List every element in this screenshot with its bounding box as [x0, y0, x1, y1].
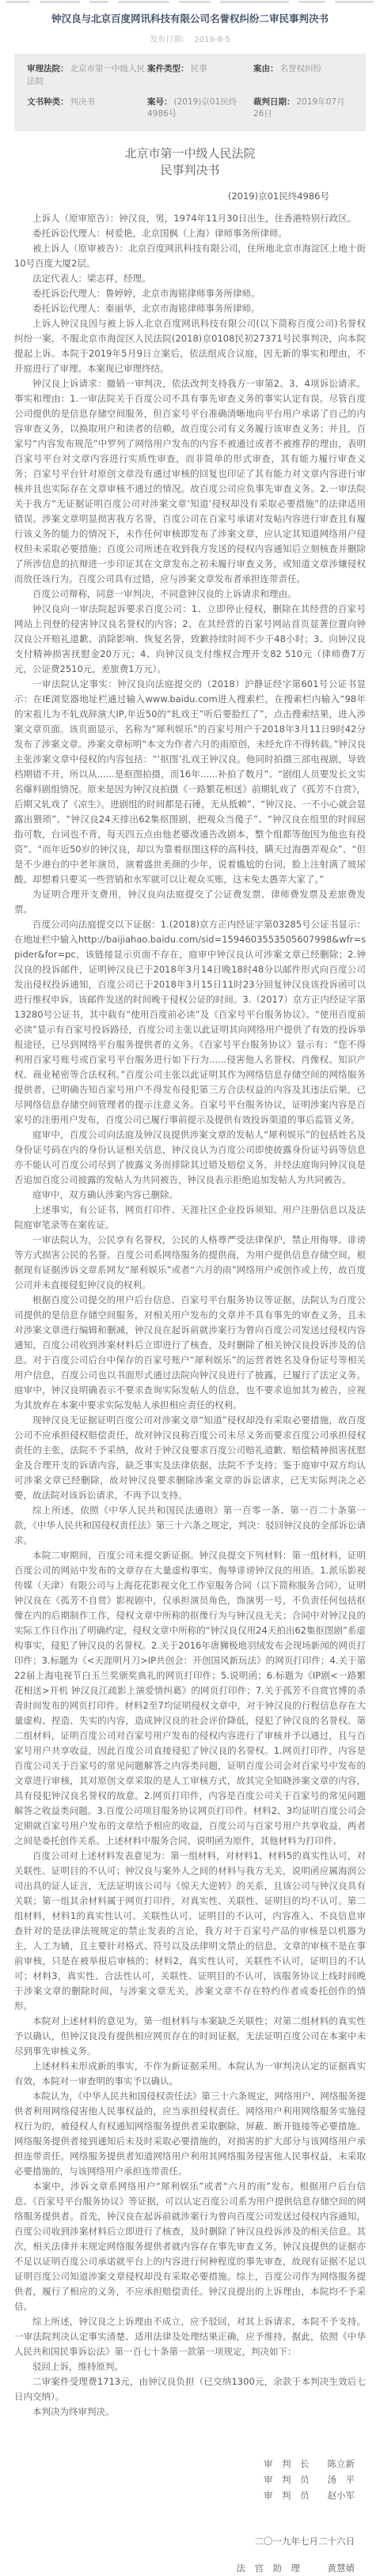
meta-cause-value: 名誉权纠纷 [280, 64, 322, 74]
meta-case-type-value: 民事 [191, 64, 207, 74]
toolbar-fragment [220, 1, 289, 3]
judgment-paragraph: 本院对上述材料的意见为，第一组材料与本案缺乏关联性；对第二组材料的真实性予以确认… [14, 2014, 366, 2059]
judge-signature: 审 判 员 汤 平 [14, 2472, 355, 2487]
signature-block: 审 判 长 陈立新审 判 员 汤 平审 判 员 赵小军 二〇一九年七月二十六日 … [14, 2456, 366, 2576]
judgment-paragraph: 上诉人（原审原告）：钟汉良，男，1974年11月30日出生，住香港特别行政区。 [14, 211, 366, 226]
judgment-paragraph: 百度公司对上述材料发表意见为：第一组材料，对材料1、材料5的真实性认可，对关联性… [14, 1849, 366, 2014]
judgment-paragraphs: 上诉人（原审原告）：钟汉良，男，1974年11月30日出生，住香港特别行政区。委… [14, 211, 366, 2419]
meta-cause: 案由：名誉权纠纷 [253, 63, 353, 89]
judgment-paragraph: 综上所述，依照《中华人民共和国民法通则》第一百零一条、第一百二十条第一款，《中华… [14, 1503, 366, 1548]
judgment-paragraph: 上述事实，有公证书、网页打印件、天涯社区企业投诉须知、用户注册信息以及法院庭审笔… [14, 1203, 366, 1233]
judgment-paragraph: 委托诉讼代理人：鲁婷婷，北京市海铭律师事务所律师。 [14, 286, 366, 301]
meta-judgment-date-label: 裁判日期： [253, 97, 295, 107]
meta-cause-label: 案由： [253, 64, 279, 74]
document-type-heading: 民事判决书 [14, 162, 366, 179]
clipped-top-toolbar [6, 1, 374, 6]
judge-signature: 审 判 员 赵小军 [14, 2487, 355, 2503]
meta-case-type-label: 案件类型： [147, 64, 189, 74]
judgment-paragraph: 本院二审期间，百度公司未提交新证据。钟汉良提交下列材料：第一组材料，证明百度公司… [14, 1548, 366, 1849]
meta-case-type: 案件类型：民事 [147, 63, 253, 89]
judgment-paragraph: 被上诉人（原审被告）：北京百度网讯科技有限公司，住所地北京市海淀区上地十街10号… [14, 241, 366, 271]
judgment-paragraph: 为证明合理开支费用，钟汉良向法庭提交了公证费发票、律师费发票及差旅费发票。 [14, 887, 366, 917]
toolbar-fragment [179, 1, 211, 3]
meta-court: 审理法院：北京市第一中级人民法院 [27, 63, 147, 89]
judgment-paragraph: 二审案件受理费1713元，由钟汉良负担（已交纳1300元，余款于本判决生效后七日… [14, 2374, 366, 2404]
case-meta-box: 审理法院：北京市第一中级人民法院 案件类型：民事 案由：名誉权纠纷 文书种类：判… [14, 54, 366, 131]
judgment-paragraph: 钟汉良向一审法院起诉要求百度公司：1、立即停止侵权，删除在其经营的百家号网站上刊… [14, 602, 366, 677]
judgment-paragraph: 一审法院认为，公民享有名誉权，公民的人格尊严受法律保护，禁止用侮辱、诽谤等方式损… [14, 1233, 366, 1293]
judgment-paragraph: 上述材料未形成新的事实，不作为新证据采用。本院认为一审判决认定的证据真实有效，本… [14, 2059, 366, 2089]
document-case-number: (2019)京01民终4986号 [14, 190, 329, 202]
publish-date-row: 发布日期：2019-8-5 [0, 32, 380, 44]
judgment-paragraph: 委托诉讼代理人：秦丽华，北京市海铭律师事务所律师。 [14, 301, 366, 316]
judge-signatures: 审 判 长 陈立新审 判 员 汤 平审 判 员 赵小军 [14, 2456, 355, 2503]
toolbar-fragment [118, 1, 169, 3]
judgment-paragraph: 百度公司辩称，同意一审判决，不同意钟汉良的上诉请求和理由。 [14, 587, 366, 602]
toolbar-fragment [298, 1, 325, 3]
judgment-paragraph: 委托诉讼代理人：柯爱艳，北京国枫（上海）律师事务所律师。 [14, 226, 366, 241]
judgment-paragraph: 根据百度公司提交的用户后台信息、百家号平台服务协议等证据，法院认为百度公司提供的… [14, 1293, 366, 1413]
page-title: 钟汉良与北京百度网讯科技有限公司名誉权纠纷二审民事判决书 [33, 12, 347, 26]
meta-case-number: 案号：(2019)京01民终4986号 [147, 96, 253, 122]
judgment-paragraph: 上诉人钟汉良因与被上诉人北京百度网讯科技有限公司(以下简称百度公司)名誉权纠纷一… [14, 316, 366, 376]
toolbar-fragment [89, 1, 108, 3]
meta-doc-type-value: 判决书 [70, 97, 96, 107]
judgment-paragraph: 百度公司向法庭提交以下证据：1.(2018)京方正内经证字第03285号公证书显… [14, 917, 366, 1127]
judgment-paragraph: 现钟汉良无证据证明百度公司对涉案文章“知道”侵权却没有采取必要措施，故百度公司不… [14, 1413, 366, 1503]
judgment-document: 北京市第一中级人民法院 民事判决书 (2019)京01民终4986号 上诉人（原… [14, 145, 366, 2576]
judgment-paragraph: 综上所述，钟汉良之上诉理由不成立，应予驳回，对其上诉请求，本院不予支持。一审法院… [14, 2314, 366, 2359]
toolbar-fragment [6, 1, 30, 3]
judgment-paragraph: 庭审中，双方确认涉案内容已删除。 [14, 1188, 366, 1203]
meta-court-label: 审理法院： [27, 64, 69, 74]
judgment-paragraph: 一审法院认定事实：钟汉良向法庭提交的（2018）沪静证经字第601号公证书显示：… [14, 677, 366, 887]
meta-judgment-date: 裁判日期：2019年07月26日 [253, 96, 353, 122]
meta-doc-type-label: 文书种类： [27, 97, 69, 107]
meta-case-number-label: 案号： [147, 97, 173, 107]
judgment-paragraph: 庭审中，百度公司向法庭及钟汉良提供涉案文章的发帖人“犀利娱乐”的包括姓名及身份证… [14, 1127, 366, 1188]
toolbar-fragment [40, 1, 80, 3]
judgment-signature-date: 二〇一九年七月二十六日 [14, 2533, 355, 2549]
toolbar-fragment [335, 1, 374, 3]
judge-assistant-signature: 法 官 助 理 黄慧婧 [14, 2560, 355, 2576]
judgment-paragraph: 法定代表人：梁志祥，经理。 [14, 271, 366, 286]
judgment-paragraph: 本院认为，《中华人民共和国侵权责任法》第三十六条规定，网络用户、网络服务提供者利… [14, 2089, 366, 2179]
document-court-heading: 北京市第一中级人民法院 [14, 145, 366, 162]
publish-date-label: 发布日期： [150, 36, 189, 44]
publish-date-value: 2019-8-5 [194, 36, 230, 44]
judgment-paragraph: 钟汉良上诉请求：撤销一审判决，依法改判支持我方一审第2、3、4项诉讼请求。事实和… [14, 376, 366, 587]
judgment-paragraph: 本判决为终审判决。 [14, 2404, 366, 2419]
judgment-paragraph: 驳回上诉，维持原判。 [14, 2359, 366, 2374]
judge-signature: 审 判 长 陈立新 [14, 2456, 355, 2472]
meta-doc-type: 文书种类：判决书 [27, 96, 147, 122]
judgment-paragraph: 本案中，涉诉文章系网络用户“犀利娱乐”或者“六月的雨”发布。根据用户后台信息、《… [14, 2179, 366, 2314]
